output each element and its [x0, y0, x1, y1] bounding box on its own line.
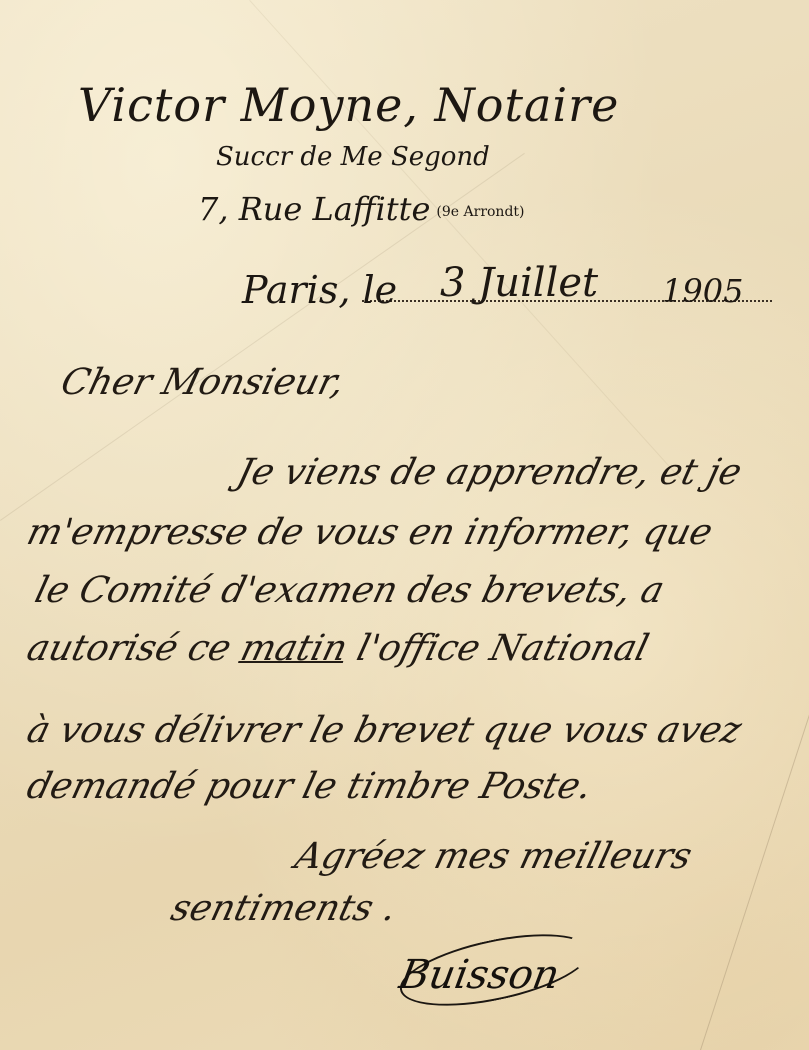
signature: Buisson	[396, 952, 563, 998]
arrondissement: (9e Arrondt)	[436, 204, 524, 220]
body-line: autorisé ce matin l'office National	[23, 628, 653, 669]
closing-line: Agréez mes meilleurs	[291, 836, 696, 877]
body-line: m'empresse de vous en informer, que	[23, 512, 717, 553]
street-address: 7, Rue Laffitte	[198, 190, 430, 228]
letterhead-name: Victor Moyne, Notaire	[78, 78, 619, 132]
date-year: 1905	[662, 272, 743, 310]
body-line: demandé pour le timbre Poste.	[23, 766, 596, 807]
body-line: le Comité d'examen des brevets, a	[31, 570, 668, 611]
letterhead-address: 7, Rue Laffitte(9e Arrondt)	[198, 190, 525, 228]
salutation: Cher Monsieur,	[57, 362, 349, 403]
underlined-word: matin	[237, 628, 352, 669]
date-line: Paris, le 3 Juillet 1905	[242, 270, 772, 310]
body-line-text: autorisé ce matin l'office National	[23, 628, 653, 669]
letterhead-successor: Succr de Me Segond	[216, 142, 490, 172]
letter-page: Victor Moyne, Notaire Succr de Me Segond…	[0, 0, 809, 1050]
date-day-month: 3 Juillet	[440, 260, 598, 306]
paper-fold-line	[249, 0, 685, 484]
body-line: Je viens de apprendre, et je	[233, 452, 746, 493]
paper-fold-line	[700, 555, 809, 1050]
closing-line: sentiments .	[167, 888, 401, 929]
date-place: Paris, le	[242, 268, 397, 312]
body-line: à vous délivrer le brevet que vous avez	[23, 710, 746, 751]
